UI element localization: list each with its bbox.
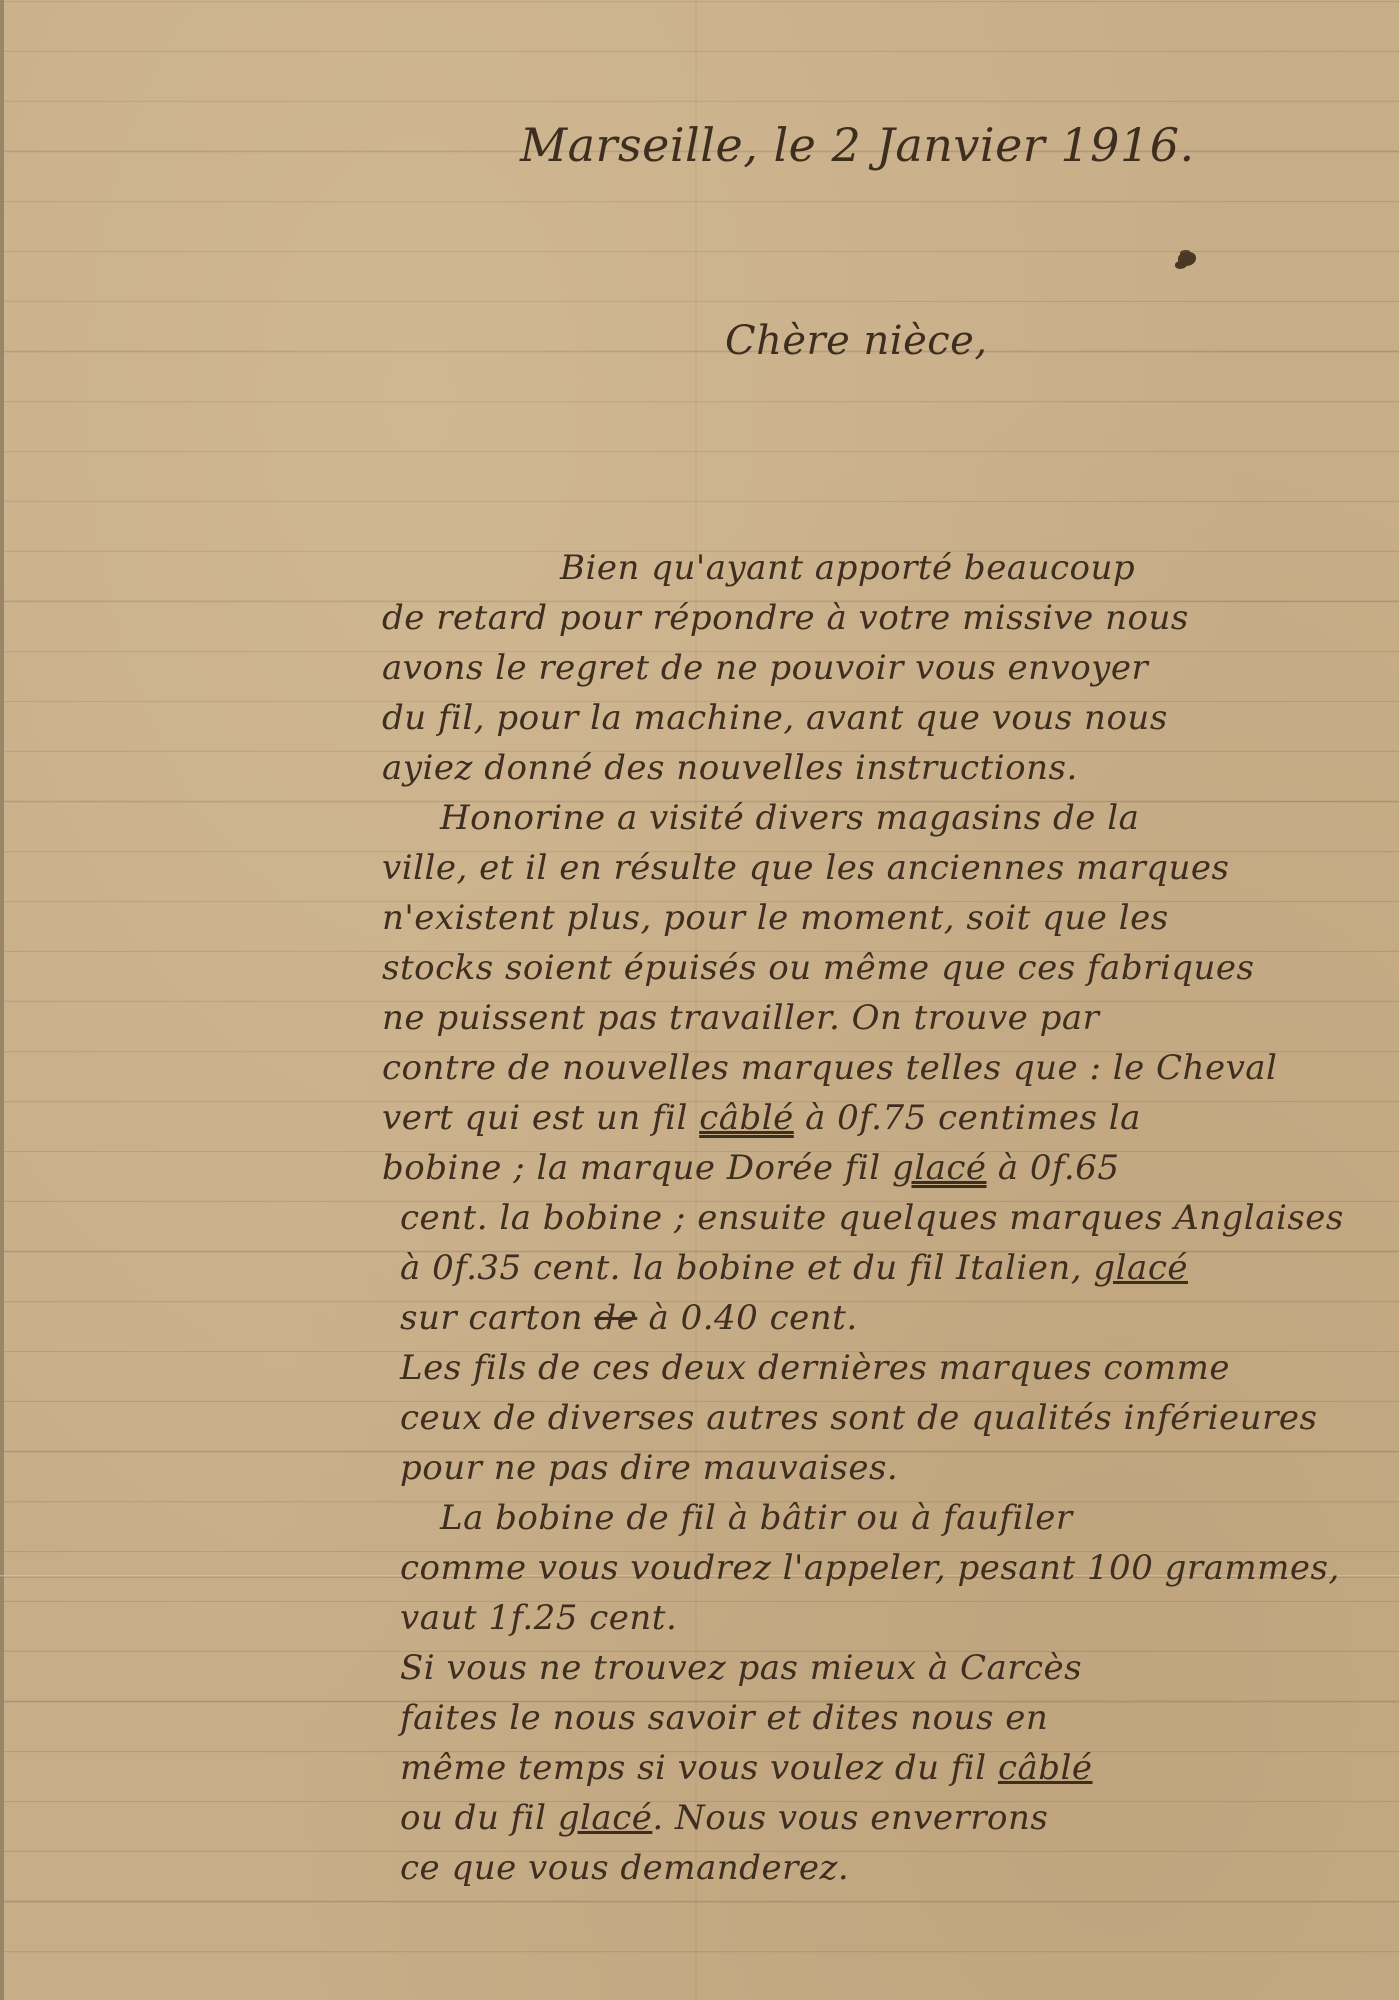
underlined-word-glace: glacé	[1093, 1248, 1188, 1288]
ink-blot-mark	[1178, 252, 1196, 266]
body-line-2: de retard pour répondre à votre missive …	[382, 598, 1189, 638]
body-line-5: ayiez donné des nouvelles instructions.	[382, 748, 1078, 788]
body-line-10: ne puissent pas travailler. On trouve pa…	[382, 998, 1099, 1038]
body-line-16: sur carton de à 0.40 cent.	[400, 1298, 858, 1338]
body-line-22: vaut 1f.25 cent.	[400, 1598, 677, 1638]
struck-out-word: de	[594, 1298, 637, 1338]
text-segment: à 0.40 cent.	[637, 1298, 857, 1338]
body-line-24: faites le nous savoir et dites nous en	[400, 1698, 1048, 1738]
body-line-6: Honorine a visité divers magasins de la	[440, 798, 1139, 838]
text-segment: bobine ; la marque Dorée fil	[382, 1148, 892, 1188]
text-segment: ou du fil	[400, 1798, 558, 1838]
body-line-7: ville, et il en résulte que les ancienne…	[382, 848, 1229, 888]
body-line-1: Bien qu'ayant apporté beaucoup	[560, 548, 1135, 588]
body-line-20: La bobine de fil à bâtir ou à faufiler	[440, 1498, 1073, 1538]
letter-page: Marseille, le 2 Janvier 1916. Chère nièc…	[0, 0, 1399, 2000]
body-line-3: avons le regret de ne pouvoir vous envoy…	[382, 648, 1148, 688]
text-segment: sur carton	[400, 1298, 594, 1338]
underlined-word-glace: glacé	[558, 1798, 653, 1838]
body-line-27: ce que vous demanderez.	[400, 1848, 849, 1888]
body-line-18: ceux de diverses autres sont de qualités…	[400, 1398, 1317, 1438]
text-segment: à 0f.65	[987, 1148, 1120, 1188]
page-edge	[0, 0, 4, 2000]
body-line-12: vert qui est un fil câblé à 0f.75 centim…	[382, 1098, 1141, 1138]
body-line-21: comme vous voudrez l'appeler, pesant 100…	[400, 1548, 1340, 1588]
date-line: Marseille, le 2 Janvier 1916.	[520, 118, 1195, 172]
body-line-11: contre de nouvelles marques telles que :…	[382, 1048, 1277, 1088]
body-line-23: Si vous ne trouvez pas mieux à Carcès	[400, 1648, 1082, 1688]
underlined-word-glace: glacé	[892, 1148, 987, 1188]
body-line-9: stocks soient épuisés ou même que ces fa…	[382, 948, 1254, 988]
body-line-26: ou du fil glacé. Nous vous enverrons	[400, 1798, 1048, 1838]
text-segment: à 0f.75 centimes la	[794, 1098, 1141, 1138]
body-line-25: même temps si vous voulez du fil câblé	[400, 1748, 1093, 1788]
body-line-4: du fil, pour la machine, avant que vous …	[382, 698, 1168, 738]
text-segment: même temps si vous voulez du fil	[400, 1748, 998, 1788]
body-line-8: n'existent plus, pour le moment, soit qu…	[382, 898, 1169, 938]
body-line-17: Les fils de ces deux dernières marques c…	[400, 1348, 1230, 1388]
underlined-word-cable: câblé	[998, 1748, 1093, 1788]
underlined-word-cable: câblé	[699, 1098, 794, 1138]
body-line-15: à 0f.35 cent. la bobine et du fil Italie…	[400, 1248, 1188, 1288]
body-line-19: pour ne pas dire mauvaises.	[400, 1448, 898, 1488]
salutation: Chère nièce,	[725, 318, 988, 364]
body-line-13: bobine ; la marque Dorée fil glacé à 0f.…	[382, 1148, 1120, 1188]
body-line-14: cent. la bobine ; ensuite quelques marqu…	[400, 1198, 1344, 1238]
text-segment: . Nous vous enverrons	[652, 1798, 1048, 1838]
text-segment: vert qui est un fil	[382, 1098, 699, 1138]
text-segment: à 0f.35 cent. la bobine et du fil Italie…	[400, 1248, 1093, 1288]
